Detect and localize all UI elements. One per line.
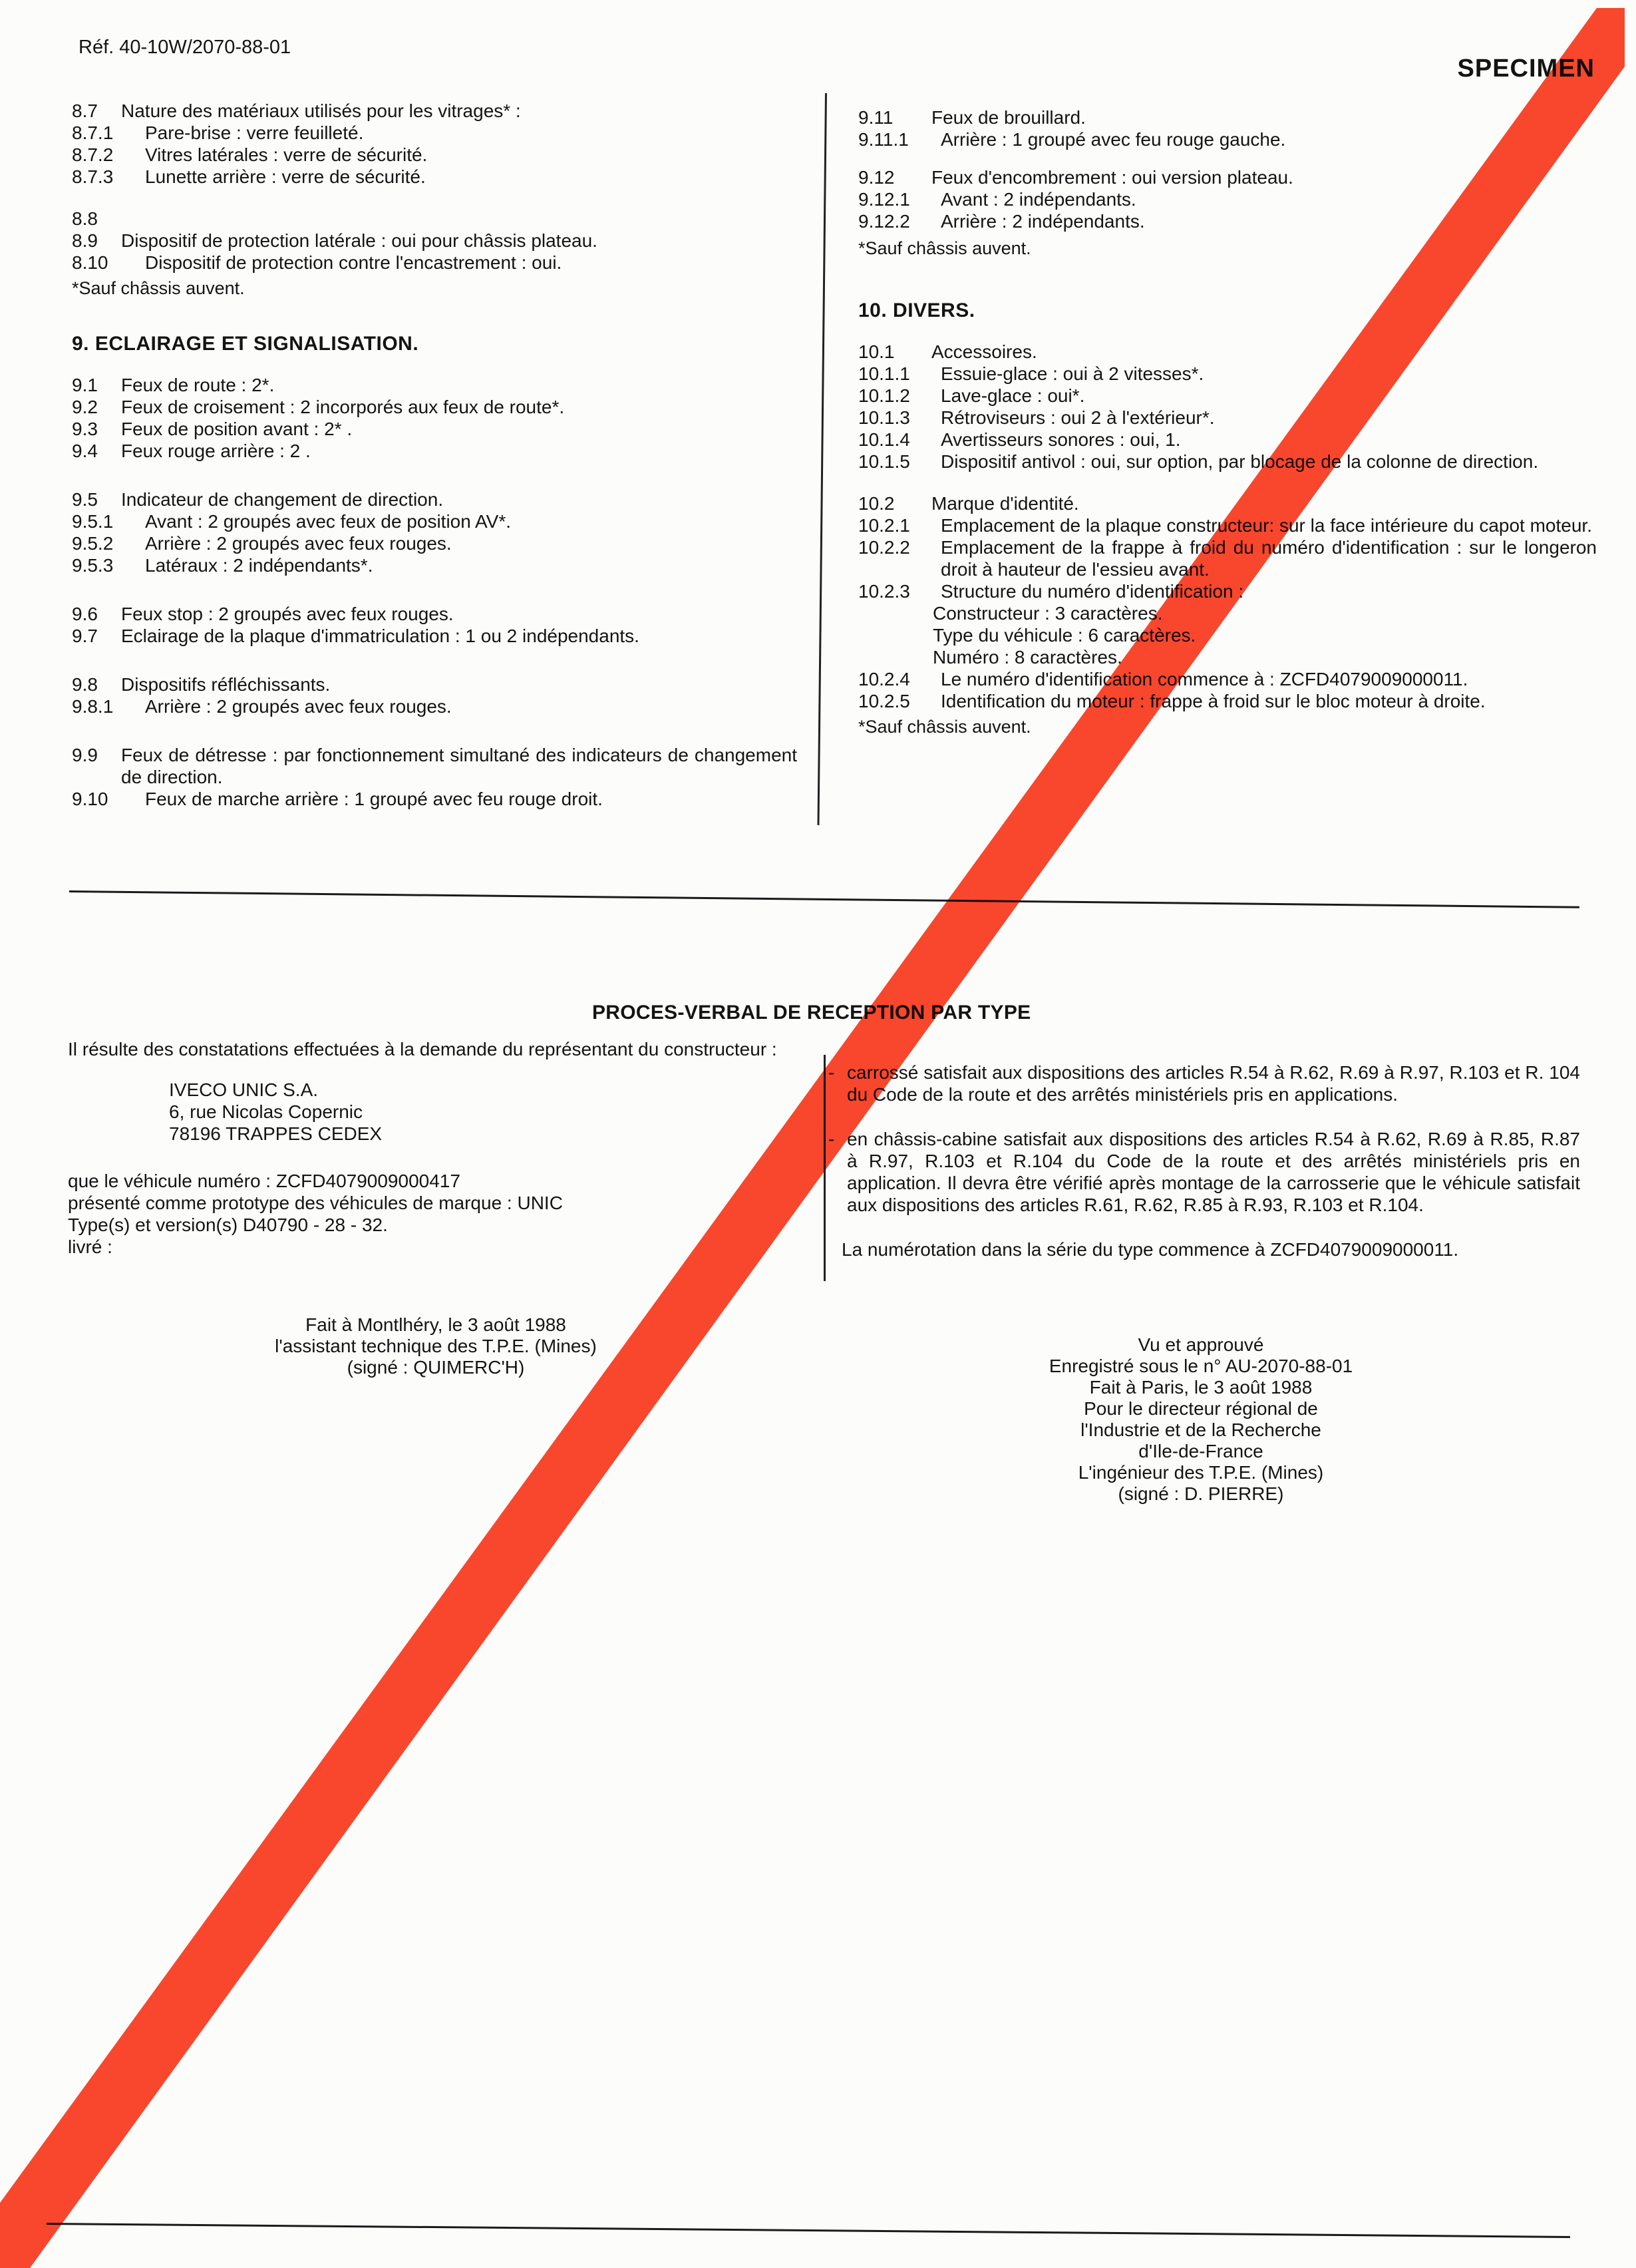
text-line: Constructeur : 3 caractères. — [858, 602, 1597, 624]
item-text: Feux d'encombrement : oui version platea… — [931, 166, 1597, 188]
list-item: 9.5.3Latéraux : 2 indépendants*. — [72, 554, 797, 576]
footnote: *Sauf châssis auvent. — [858, 716, 1597, 738]
vehicle-details: que le véhicule numéro : ZCFD40790090004… — [68, 1170, 806, 1258]
item-number: 9.1 — [72, 374, 121, 396]
item-text: Avertisseurs sonores : oui, 1. — [941, 429, 1597, 451]
list-item: 10.1.1Essuie-glace : oui à 2 vitesses*. — [858, 363, 1597, 385]
item-number: 10.1.2 — [858, 385, 941, 407]
text-line: d'Ile-de-France — [985, 1441, 1417, 1462]
item-text: Le numéro d'identification commence à : … — [941, 668, 1597, 690]
text-line: (signé : D. PIERRE) — [985, 1483, 1417, 1505]
item-text: Latéraux : 2 indépendants*. — [145, 554, 797, 576]
bullet-item: -carrossé satisfait aux dispositions des… — [828, 1061, 1580, 1105]
item-text: Arrière : 2 groupés avec feux rouges. — [145, 695, 797, 717]
item-number: 8.7.1 — [72, 122, 145, 144]
proces-verbal-divider — [824, 1055, 826, 1281]
specimen-stamp: SPECIMEN — [1458, 55, 1595, 83]
item-number: 10.2.2 — [858, 536, 941, 580]
item-number: 9.5 — [72, 488, 121, 510]
item-number: 10.1.1 — [858, 363, 941, 385]
item-number: 8.7.3 — [72, 166, 145, 188]
list-item: 9.4Feux rouge arrière : 2 . — [72, 440, 797, 462]
item-text: Structure du numéro d'identification : — [941, 580, 1597, 602]
item-text: Feux de détresse : par fonctionnement si… — [121, 744, 797, 788]
text-line: Fait à Montlhéry, le 3 août 1988 — [220, 1314, 652, 1336]
list-item: 9.2Feux de croisement : 2 incorporés aux… — [72, 396, 797, 418]
list-item: 9.11.1Arrière : 1 groupé avec feu rouge … — [858, 128, 1597, 150]
list-item: 10.1.3Rétroviseurs : oui 2 à l'extérieur… — [858, 407, 1597, 429]
text-line: Enregistré sous le n° AU-2070-88-01 — [985, 1356, 1417, 1377]
footnote: *Sauf châssis auvent. — [72, 278, 797, 299]
item-number: 10.1.3 — [858, 407, 941, 429]
section-9-lights: 9.1Feux de route : 2*.9.2Feux de croisem… — [72, 374, 797, 462]
item-text: Avant : 2 groupés avec feux de position … — [145, 510, 797, 532]
item-number: 8.10 — [72, 252, 145, 274]
item-text: Feux de croisement : 2 incorporés aux fe… — [121, 396, 797, 418]
item-text: Feux stop : 2 groupés avec feux rouges. — [121, 603, 797, 625]
item-text: Arrière : 2 indépendants. — [941, 210, 1597, 232]
bullet-text: en châssis-cabine satisfait aux disposit… — [847, 1128, 1580, 1216]
item-text: Marque d'identité. — [931, 492, 1597, 514]
text-line: Vu et approuvé — [985, 1334, 1417, 1356]
item-number: 9.4 — [72, 440, 121, 462]
item-number: 9.5.1 — [72, 510, 145, 532]
item-text: Feux de position avant : 2* . — [121, 418, 797, 440]
proces-verbal-title: PROCES-VERBAL DE RECEPTION PAR TYPE — [592, 1002, 1031, 1024]
section-9-fog: 9.11Feux de brouillard.9.11.1Arrière : 1… — [858, 106, 1597, 150]
list-item: 10.2Marque d'identité. — [858, 492, 1597, 514]
text-line: livré : — [68, 1236, 806, 1258]
right-column: 9.11Feux de brouillard.9.11.1Arrière : 1… — [858, 106, 1597, 758]
item-number: 10.1 — [858, 341, 931, 363]
bullet-item: -en châssis-cabine satisfait aux disposi… — [828, 1128, 1580, 1216]
list-item: 9.11Feux de brouillard. — [858, 106, 1597, 128]
item-text — [121, 208, 797, 230]
manufacturer-address: IVECO UNIC S.A.6, rue Nicolas Copernic78… — [68, 1079, 806, 1145]
item-text: Essuie-glace : oui à 2 vitesses*. — [941, 363, 1597, 385]
compliance-bullets: -carrossé satisfait aux dispositions des… — [828, 1061, 1580, 1216]
list-item: 9.9Feux de détresse : par fonctionnement… — [72, 744, 797, 788]
footnote: *Sauf châssis auvent. — [858, 238, 1597, 260]
section-10-identity-b: 10.2.4Le numéro d'identification commenc… — [858, 668, 1597, 712]
list-item: 10.2.4Le numéro d'identification commenc… — [858, 668, 1597, 690]
item-number: 9.8.1 — [72, 695, 145, 717]
item-number: 9.10 — [72, 788, 145, 810]
item-number: 8.8 — [72, 208, 121, 230]
item-text: Indicateur de changement de direction. — [121, 488, 797, 510]
item-text: Accessoires. — [931, 341, 1597, 363]
item-number: 9.5.3 — [72, 554, 145, 576]
list-item: 8.7.2Vitres latérales : verre de sécurit… — [72, 144, 797, 166]
item-number: 9.9 — [72, 744, 121, 788]
list-item: 9.6Feux stop : 2 groupés avec feux rouge… — [72, 603, 797, 625]
section-8-protection: 8.88.9Dispositif de protection latérale … — [72, 208, 797, 274]
list-item: 9.5.2Arrière : 2 groupés avec feux rouge… — [72, 532, 797, 554]
list-item: 8.7.3Lunette arrière : verre de sécurité… — [72, 166, 797, 188]
identification-structure: Constructeur : 3 caractères.Type du véhi… — [858, 602, 1597, 668]
section-9-indicators: 9.5Indicateur de changement de direction… — [72, 488, 797, 576]
item-number: 9.3 — [72, 418, 121, 440]
list-item: 9.10Feux de marche arrière : 1 groupé av… — [72, 788, 797, 810]
text-line: L'ingénieur des T.P.E. (Mines) — [985, 1462, 1417, 1483]
document-page: Réf. 40-10W/2070-88-01 SPECIMEN 8.7Natur… — [0, 0, 1636, 2268]
list-item: 10.2.1Emplacement de la plaque construct… — [858, 514, 1597, 536]
list-item: 9.12.1Avant : 2 indépendants. — [858, 188, 1597, 210]
text-line: (signé : QUIMERC'H) — [220, 1357, 652, 1378]
text-line: l'assistant technique des T.P.E. (Mines) — [220, 1336, 652, 1357]
item-number: 9.8 — [72, 673, 121, 695]
section-10-identity: 10.2Marque d'identité.10.2.1Emplacement … — [858, 492, 1597, 602]
bullet-dash-icon: - — [828, 1061, 847, 1105]
item-text: Dispositif antivol : oui, sur option, pa… — [941, 451, 1597, 472]
list-item: 9.8.1Arrière : 2 groupés avec feux rouge… — [72, 695, 797, 717]
item-number: 8.7 — [72, 100, 121, 122]
section-8-glazing: 8.7Nature des matériaux utilisés pour le… — [72, 100, 797, 188]
list-item: 10.2.5Identification du moteur : frappe … — [858, 690, 1597, 712]
item-text: Dispositifs réfléchissants. — [121, 673, 797, 695]
item-text: Dispositif de protection latérale : oui … — [121, 230, 797, 252]
item-text: Feux rouge arrière : 2 . — [121, 440, 797, 462]
list-item: 9.7Eclairage de la plaque d'immatriculat… — [72, 625, 797, 647]
text-line: Pour le directeur régional de — [985, 1398, 1417, 1419]
item-text: Emplacement de la frappe à froid du numé… — [941, 536, 1597, 580]
numbering-start: La numérotation dans la série du type co… — [842, 1238, 1580, 1260]
section-divider — [69, 890, 1579, 908]
list-item: 10.1Accessoires. — [858, 341, 1597, 363]
column-divider — [817, 93, 827, 825]
item-number: 9.11.1 — [858, 128, 941, 150]
item-text: Pare-brise : verre feuilleté. — [145, 122, 797, 144]
section-9-reflectors: 9.8Dispositifs réfléchissants.9.8.1Arriè… — [72, 673, 797, 717]
list-item: 9.5.1Avant : 2 groupés avec feux de posi… — [72, 510, 797, 532]
item-text: Eclairage de la plaque d'immatriculation… — [121, 625, 797, 647]
item-number: 9.7 — [72, 625, 121, 647]
bullet-dash-icon: - — [828, 1128, 847, 1216]
item-number: 8.9 — [72, 230, 121, 252]
item-number: 10.2.5 — [858, 690, 941, 712]
item-text: Identification du moteur : frappe à froi… — [941, 690, 1597, 712]
text-line: l'Industrie et de la Recherche — [985, 1419, 1417, 1441]
item-text: Lave-glace : oui*. — [941, 385, 1597, 407]
reference-number: Réf. 40-10W/2070-88-01 — [79, 37, 291, 59]
list-item: 9.1Feux de route : 2*. — [72, 374, 797, 396]
item-number: 10.1.4 — [858, 429, 941, 451]
item-text: Feux de brouillard. — [931, 106, 1597, 128]
list-item: 9.3Feux de position avant : 2* . — [72, 418, 797, 440]
list-item: 10.1.2Lave-glace : oui*. — [858, 385, 1597, 407]
section-9-clearance: 9.12Feux d'encombrement : oui version pl… — [858, 166, 1597, 232]
text-line: 78196 TRAPPES CEDEX — [169, 1123, 806, 1145]
section-9-heading: 9. ECLAIRAGE ET SIGNALISATION. — [72, 333, 797, 355]
section-10-accessories: 10.1Accessoires.10.1.1Essuie-glace : oui… — [858, 341, 1597, 472]
list-item: 8.8 — [72, 208, 797, 230]
item-text: Feux de route : 2*. — [121, 374, 797, 396]
item-text: Nature des matériaux utilisés pour les v… — [121, 100, 797, 122]
item-number: 9.5.2 — [72, 532, 145, 554]
text-line: 6, rue Nicolas Copernic — [169, 1101, 806, 1123]
item-number: 9.12.1 — [858, 188, 941, 210]
section-9-hazard-reverse: 9.9Feux de détresse : par fonctionnement… — [72, 744, 797, 810]
list-item: 10.1.4Avertisseurs sonores : oui, 1. — [858, 429, 1597, 451]
item-text: Rétroviseurs : oui 2 à l'extérieur*. — [941, 407, 1597, 429]
item-number: 10.2.3 — [858, 580, 941, 602]
list-item: 8.9Dispositif de protection latérale : o… — [72, 230, 797, 252]
item-number: 9.2 — [72, 396, 121, 418]
item-number: 10.1.5 — [858, 451, 941, 472]
proces-verbal-right: -carrossé satisfait aux dispositions des… — [828, 1061, 1580, 1260]
item-number: 10.2 — [858, 492, 931, 514]
list-item: 8.7Nature des matériaux utilisés pour le… — [72, 100, 797, 122]
text-line: Type(s) et version(s) D40790 - 28 - 32. — [68, 1214, 806, 1236]
left-column: 8.7Nature des matériaux utilisés pour le… — [72, 100, 797, 825]
list-item: 9.8Dispositifs réfléchissants. — [72, 673, 797, 695]
list-item: 8.10Dispositif de protection contre l'en… — [72, 252, 797, 274]
bullet-text: carrossé satisfait aux dispositions des … — [847, 1061, 1580, 1105]
text-line: que le véhicule numéro : ZCFD40790090004… — [68, 1170, 806, 1192]
list-item: 10.2.2Emplacement de la frappe à froid d… — [858, 536, 1597, 580]
list-item: 9.5Indicateur de changement de direction… — [72, 488, 797, 510]
list-item: 10.2.3Structure du numéro d'identificati… — [858, 580, 1597, 602]
list-item: 9.12.2Arrière : 2 indépendants. — [858, 210, 1597, 232]
section-10-heading: 10. DIVERS. — [858, 299, 1597, 322]
proces-verbal-left: Il résulte des constatations effectuées … — [68, 1038, 806, 1258]
section-9-stop-plate: 9.6Feux stop : 2 groupés avec feux rouge… — [72, 603, 797, 647]
item-number: 9.12.2 — [858, 210, 941, 232]
bottom-rule — [47, 2223, 1570, 2238]
intro-paragraph: Il résulte des constatations effectuées … — [68, 1038, 806, 1060]
text-line: IVECO UNIC S.A. — [169, 1079, 806, 1101]
item-number: 10.2.1 — [858, 514, 941, 536]
item-number: 9.6 — [72, 603, 121, 625]
item-text: Lunette arrière : verre de sécurité. — [145, 166, 797, 188]
signature-paris: Vu et approuvéEnregistré sous le n° AU-2… — [985, 1334, 1417, 1505]
item-text: Emplacement de la plaque constructeur: s… — [941, 514, 1597, 536]
item-number: 9.12 — [858, 166, 931, 188]
list-item: 10.1.5Dispositif antivol : oui, sur opti… — [858, 451, 1597, 472]
item-text: Arrière : 1 groupé avec feu rouge gauche… — [941, 128, 1597, 150]
item-text: Vitres latérales : verre de sécurité. — [145, 144, 797, 166]
item-text: Feux de marche arrière : 1 groupé avec f… — [145, 788, 797, 810]
list-item: 8.7.1Pare-brise : verre feuilleté. — [72, 122, 797, 144]
item-text: Arrière : 2 groupés avec feux rouges. — [145, 532, 797, 554]
text-line: présenté comme prototype des véhicules d… — [68, 1192, 806, 1214]
signature-montlhery: Fait à Montlhéry, le 3 août 1988l'assist… — [220, 1314, 652, 1378]
item-text: Avant : 2 indépendants. — [941, 188, 1597, 210]
text-line: Numéro : 8 caractères. — [858, 646, 1597, 668]
text-line: Type du véhicule : 6 caractères. — [858, 624, 1597, 646]
item-number: 10.2.4 — [858, 668, 941, 690]
text-line: Fait à Paris, le 3 août 1988 — [985, 1377, 1417, 1398]
item-text: Dispositif de protection contre l'encast… — [145, 252, 797, 274]
item-number: 8.7.2 — [72, 144, 145, 166]
item-number: 9.11 — [858, 106, 931, 128]
list-item: 9.12Feux d'encombrement : oui version pl… — [858, 166, 1597, 188]
